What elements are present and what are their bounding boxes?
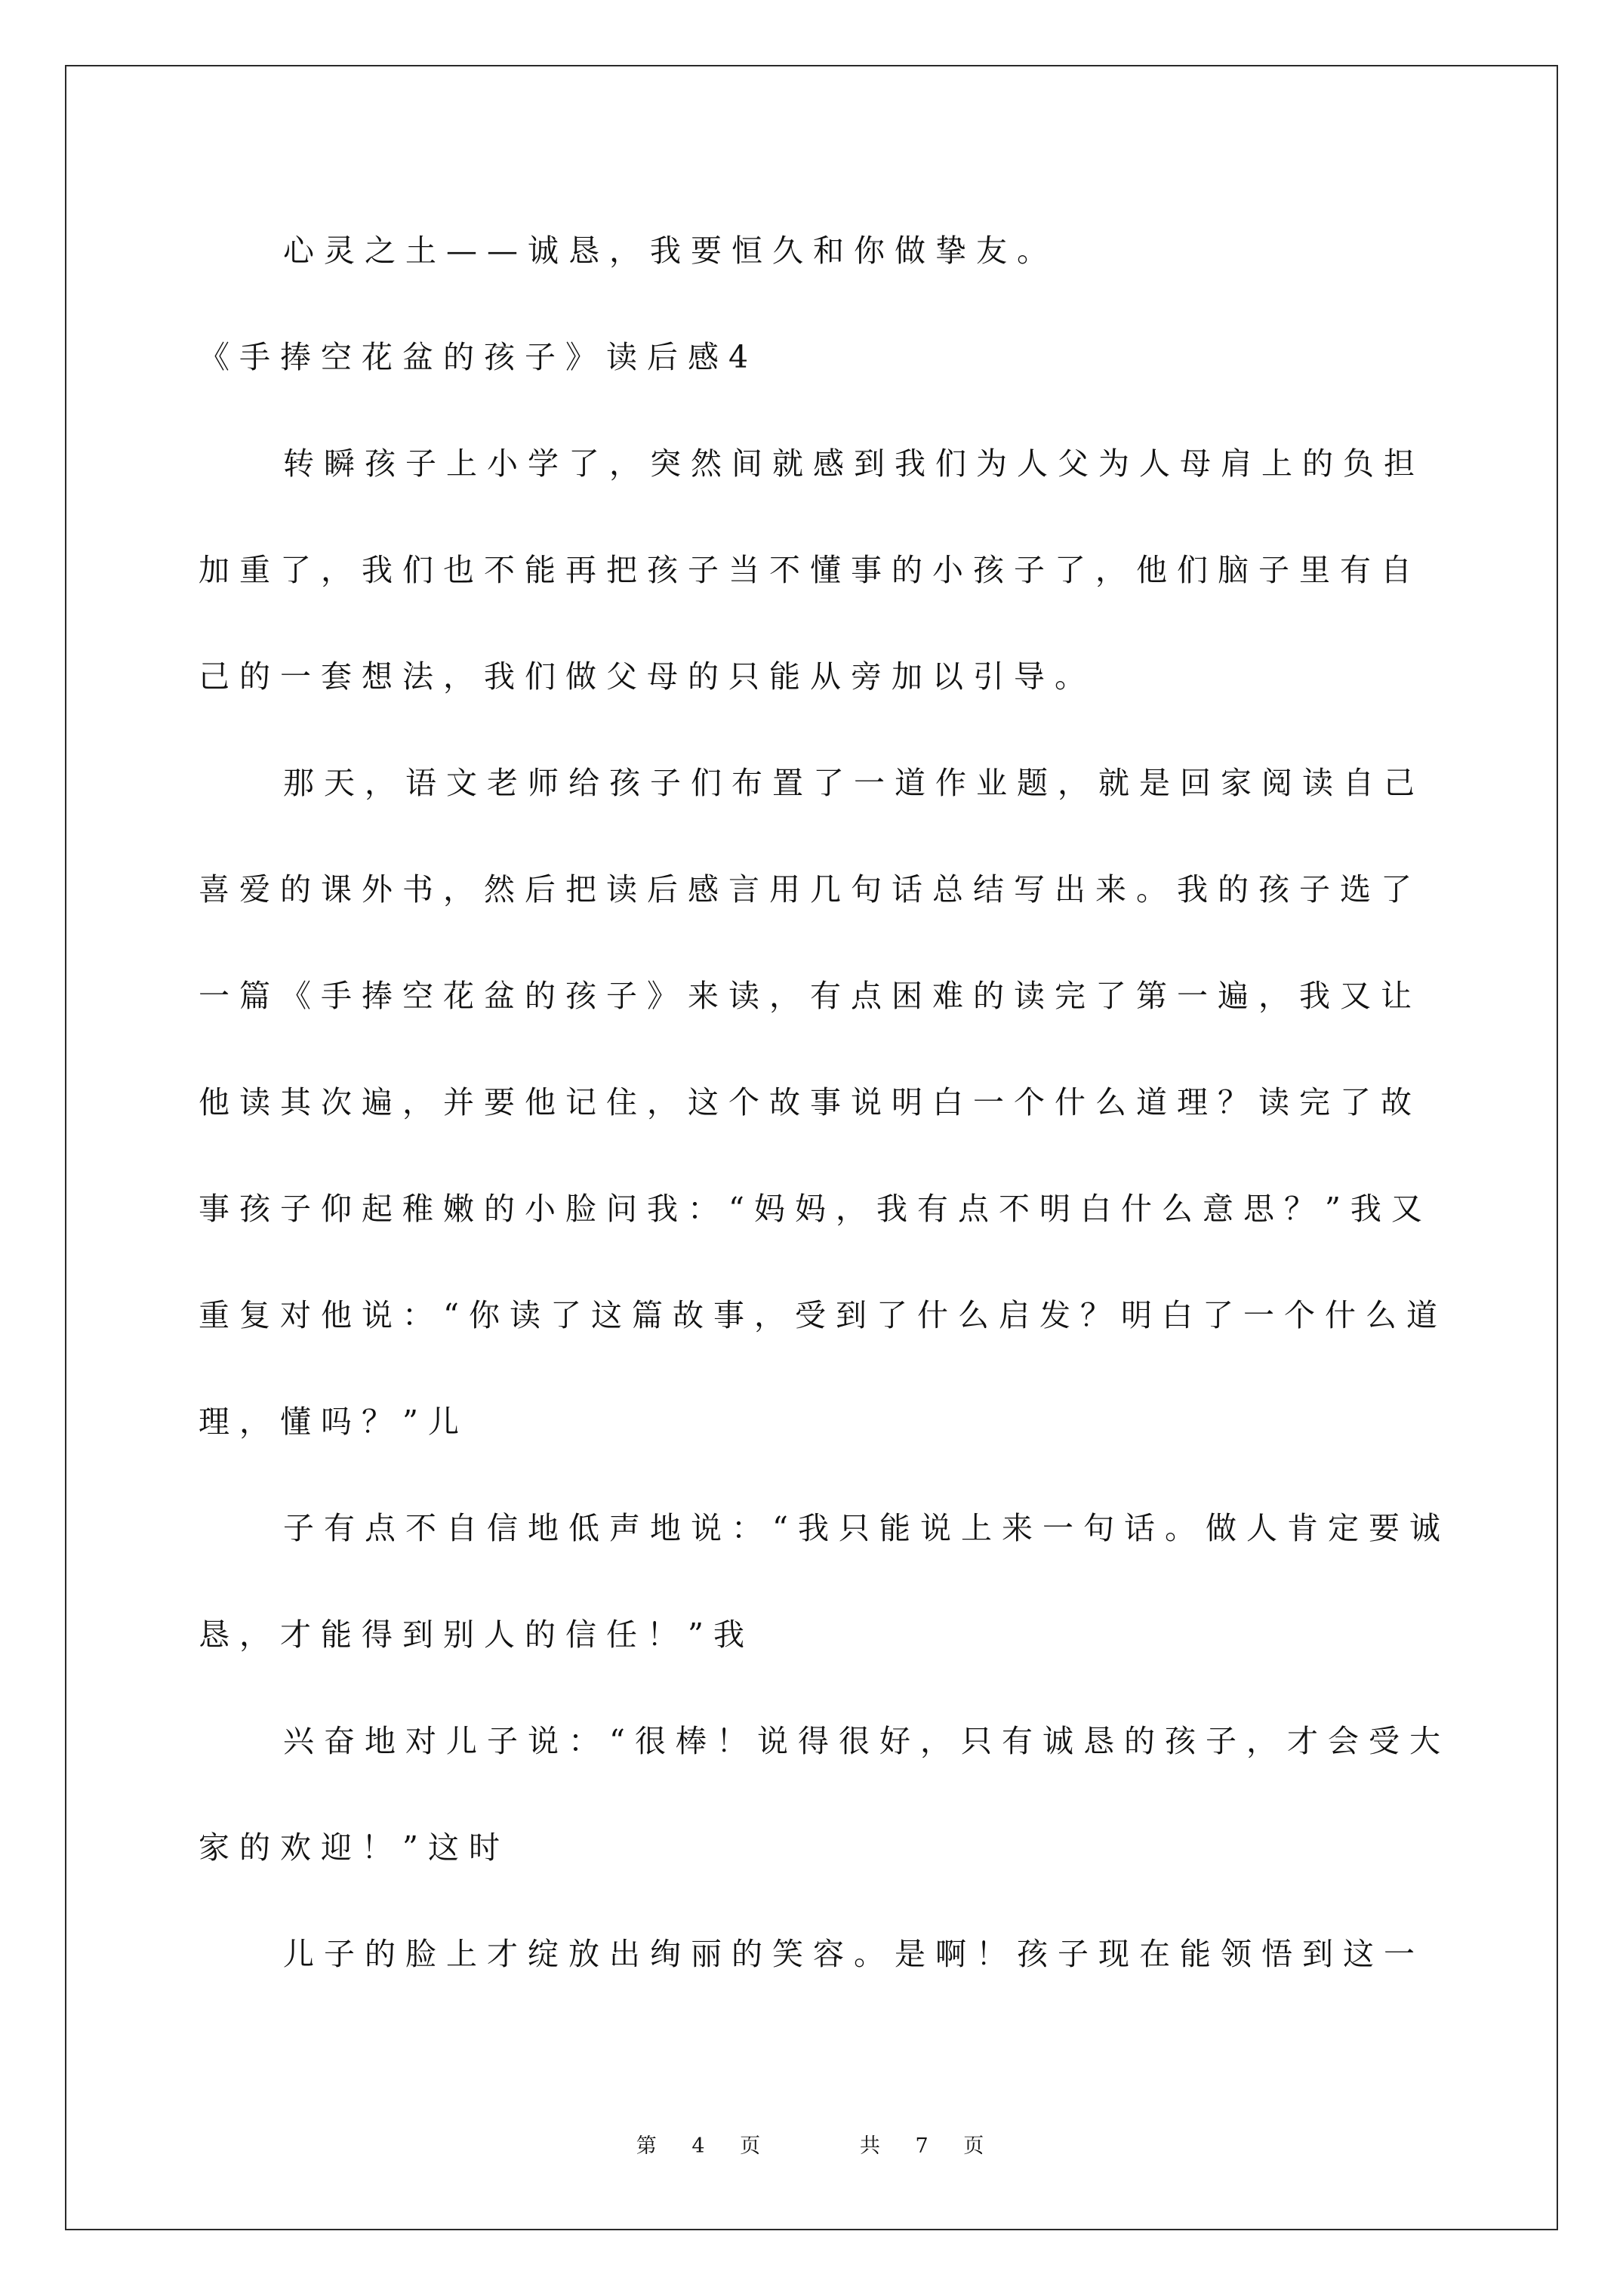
paragraph-line: 转瞬孩子上小学了，突然间就感到我们为人父为人母肩上的负担: [283, 441, 1424, 486]
section-heading: 《手捧空花盆的孩子》读后感4: [199, 334, 758, 380]
page-border: [65, 65, 1558, 2230]
paragraph-line: 己的一套想法，我们做父母的只能从旁加以引导。: [199, 654, 1095, 699]
paragraph-line: 重复对他说：“你读了这篇故事，受到了什么启发？明白了一个什么道: [199, 1293, 1447, 1338]
paragraph-line: 子有点不自信地低声地说：“我只能说上来一句话。做人肯定要诚: [283, 1505, 1450, 1551]
paragraph-line: 恳，才能得到别人的信任！”我: [199, 1612, 754, 1657]
paragraph-line: 儿子的脸上才绽放出绚丽的笑容。是啊！孩子现在能领悟到这一: [283, 1931, 1424, 1977]
paragraph-line: 喜爱的课外书，然后把读后感言用几句话总结写出来。我的孩子选了: [199, 867, 1421, 912]
paragraph-line: 那天，语文老师给孩子们布置了一道作业题，就是回家阅读自己: [283, 760, 1424, 806]
paragraph-line: 一篇《手捧空花盆的孩子》来读，有点困难的读完了第一遍，我又让: [199, 973, 1421, 1019]
paragraph-line: 理，懂吗？”儿: [199, 1399, 469, 1444]
paragraph-line: 事孩子仰起稚嫩的小脸问我：“妈妈，我有点不明白什么意思？”我又: [199, 1186, 1432, 1231]
paragraph-line: 兴奋地对儿子说：“很棒！说得很好，只有诚恳的孩子，才会受大: [283, 1718, 1450, 1764]
paragraph-line: 加重了，我们也不能再把孩子当不懂事的小孩子了，他们脑子里有自: [199, 547, 1421, 593]
page-number-footer: 第 4 页 共 7 页: [0, 2129, 1623, 2159]
paragraph-line: 家的欢迎！”这时: [199, 1825, 510, 1870]
paragraph-line: 心灵之土——诚恳，我要恒久和你做挚友。: [283, 228, 1058, 273]
paragraph-line: 他读其次遍，并要他记住，这个故事说明白一个什么道理？读完了故: [199, 1080, 1421, 1125]
